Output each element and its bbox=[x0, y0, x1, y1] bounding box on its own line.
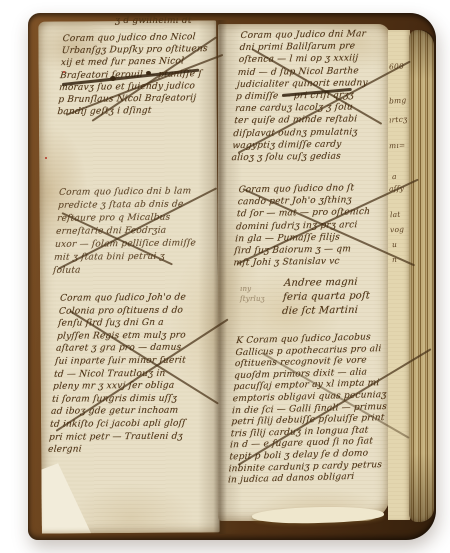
fore-edge-note: ırtcʒ bbox=[389, 115, 408, 125]
red-ink-speck bbox=[63, 71, 65, 73]
fore-edge-note: a bbox=[392, 172, 397, 181]
red-ink-speck bbox=[45, 157, 47, 159]
fore-edge-note: u bbox=[392, 240, 397, 249]
fore-edge-pages bbox=[409, 30, 434, 522]
ink-blot bbox=[146, 71, 151, 75]
ink-blot bbox=[110, 76, 116, 81]
right-page-paragraph-3: K Coram quo ſudico Jacobus Gallicus p ap… bbox=[228, 332, 399, 488]
left-page-paragraph-2: Coram quo ſudico dni b lam predicte ʒ ſt… bbox=[53, 185, 224, 278]
fore-edge-note: lat bbox=[390, 210, 401, 220]
page-corner-repair-patch bbox=[41, 455, 98, 533]
fore-edge-note: bmg bbox=[389, 96, 407, 106]
date-heading: Andree magni feria quarta poſt die ſct M… bbox=[282, 275, 393, 319]
margin-scribble: ıny ſtyrluʒ bbox=[240, 284, 284, 304]
manuscript-photo: ʒ d gwilhelmi dt Coram quo judico dno Ni… bbox=[0, 0, 450, 553]
left-page-paragraph-3: Coram quo ſudico Joh'o de Colonia pro oſ… bbox=[48, 291, 229, 456]
left-page-header-note: ʒ d gwilhelmi dt bbox=[115, 15, 225, 27]
fore-edge-note: vog bbox=[390, 225, 405, 235]
fore-edge-note: mı= bbox=[389, 141, 406, 151]
